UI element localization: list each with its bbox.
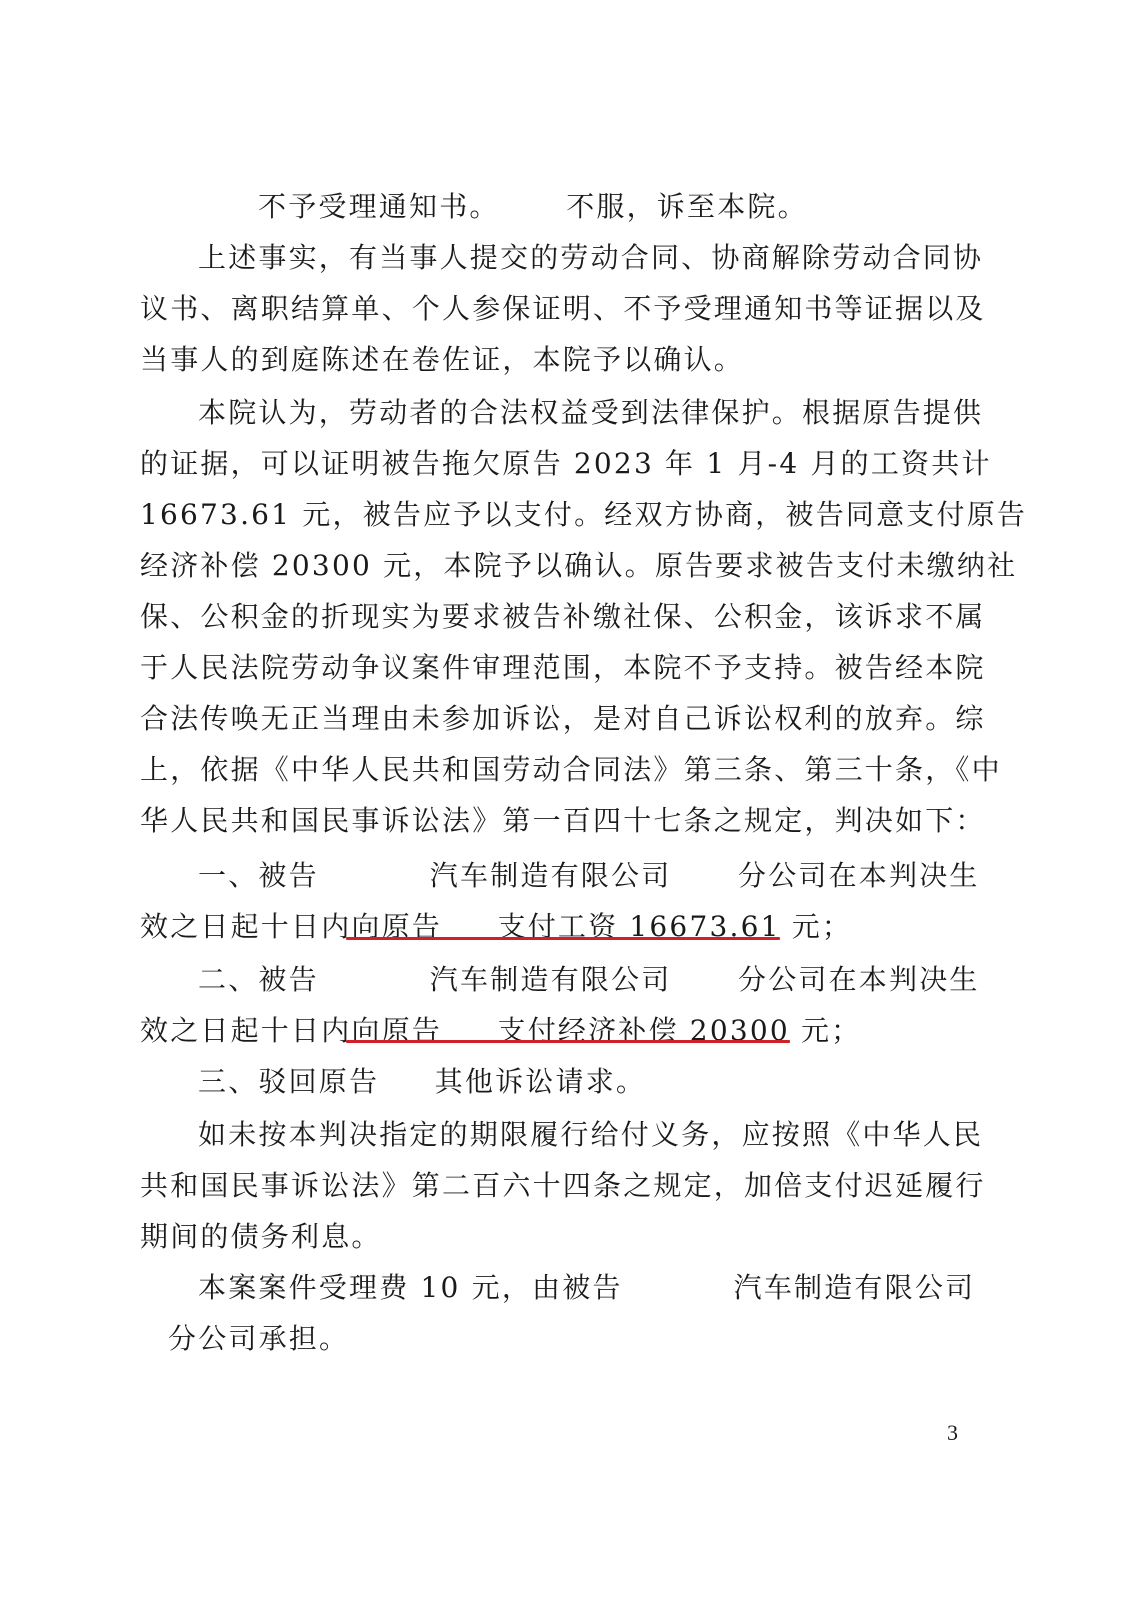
- judgment-item-3: 三、驳回原告 其他诉讼请求。: [198, 1062, 646, 1102]
- court-fee-line: 本案案件受理费 10 元，由被告 汽车制造有限公司: [198, 1268, 975, 1308]
- text-line: 不予受理通知书。 不服，诉至本院。: [258, 187, 808, 227]
- text-line: 经济补偿 20300 元，本院予以确认。原告要求被告支付未缴纳社: [140, 546, 1017, 586]
- text-line: 的证据，可以证明被告拖欠原告 2023 年 1 月-4 月的工资共计: [140, 444, 992, 484]
- text-line: 上，依据《中华人民共和国劳动合同法》第三条、第三十条，《中: [140, 750, 1002, 790]
- judgment-item-2: 二、被告 汽车制造有限公司 分公司在本判决生: [198, 960, 980, 1000]
- document-page: 不予受理通知书。 不服，诉至本院。 上述事实，有当事人提交的劳动合同、协商解除劳…: [0, 0, 1131, 1600]
- text-line: 议书、离职结算单、个人参保证明、不予受理通知书等证据以及: [140, 289, 986, 329]
- court-fee-line-cont: 分公司承担。: [168, 1319, 349, 1359]
- text-line: 当事人的到庭陈述在卷佐证，本院予以确认。: [140, 340, 744, 380]
- text-line: 于人民法院劳动争议案件审理范围，本院不予支持。被告经本院: [140, 648, 986, 688]
- text-line: 保、公积金的折现实为要求被告补缴社保、公积金，该诉求不属: [140, 597, 986, 637]
- text-line: 如未按本判决指定的期限履行给付义务，应按照《中华人民: [198, 1115, 983, 1155]
- judgment-item-2-cont: 效之日起十日内向原告 支付经济补偿 20300 元；: [140, 1011, 861, 1051]
- red-underline-compensation: [346, 1040, 790, 1043]
- text-line: 期间的债务利息。: [140, 1217, 382, 1257]
- text-line: 华人民共和国民事诉讼法》第一百四十七条之规定，判决如下：: [140, 801, 986, 841]
- text-line: 本院认为，劳动者的合法权益受到法律保护。根据原告提供: [198, 393, 983, 433]
- judgment-item-1-cont: 效之日起十日内向原告 支付工资 16673.61 元；: [140, 907, 852, 947]
- judgment-item-1: 一、被告 汽车制造有限公司 分公司在本判决生: [198, 856, 980, 896]
- text-line: 合法传唤无正当理由未参加诉讼，是对自己诉讼权利的放弃。综: [140, 699, 986, 739]
- text-line: 共和国民事诉讼法》第二百六十四条之规定，加倍支付迟延履行: [140, 1166, 986, 1206]
- text-line: 16673.61 元，被告应予以支付。经双方协商，被告同意支付原告: [140, 495, 1027, 535]
- text-line: 上述事实，有当事人提交的劳动合同、协商解除劳动合同协: [198, 238, 983, 278]
- page-number: 3: [947, 1420, 958, 1446]
- red-underline-wages: [346, 937, 780, 940]
